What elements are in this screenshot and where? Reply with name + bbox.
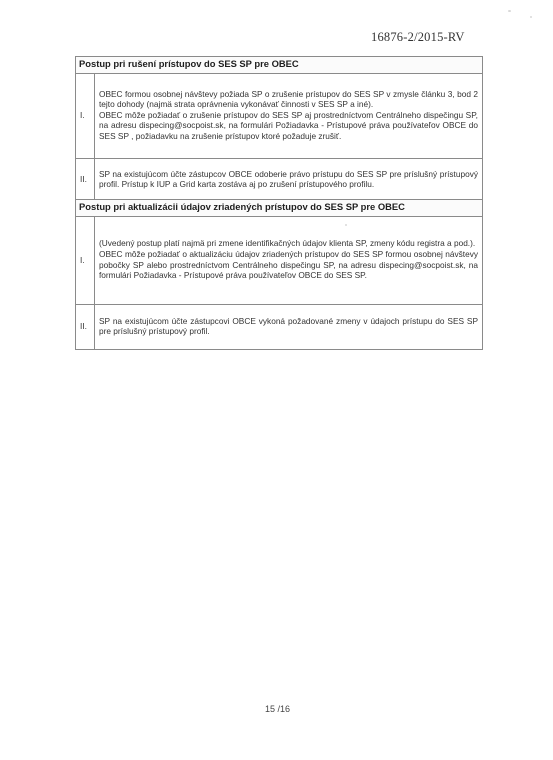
row-number: I. (76, 73, 95, 158)
paragraph: (Uvedený postup platí najmä pri zmene id… (99, 238, 478, 249)
section-title: Postup pri rušení prístupov do SES SP pr… (76, 57, 483, 74)
section-table-access-cancellation: Postup pri rušení prístupov do SES SP pr… (75, 56, 483, 202)
table-row: II. SP na existujúcom účte zástupcovi OB… (76, 304, 483, 349)
section-table-access-update: Postup pri aktualizácii údajov zriadenýc… (75, 199, 483, 350)
table-row: I. OBEC formou osobnej návštevy požiada … (76, 73, 483, 158)
section-title: Postup pri aktualizácii údajov zriadenýc… (76, 200, 483, 217)
row-number: II. (76, 158, 95, 201)
row-text: SP na existujúcom účte zástupcov OBCE od… (95, 158, 483, 201)
row-number: I. (76, 216, 95, 304)
row-number: II. (76, 304, 95, 349)
paragraph: OBEC môže požiadať o aktualizáciu údajov… (99, 249, 478, 281)
scan-speck (508, 10, 511, 12)
row-text: OBEC formou osobnej návštevy požiada SP … (95, 73, 483, 158)
document-number: 16876-2/2015-RV (371, 30, 465, 45)
paragraph: OBEC môže požiadať o zrušenie prístupov … (99, 110, 478, 142)
row-text: SP na existujúcom účte zástupcovi OBCE v… (95, 304, 483, 349)
table-row: I. (Uvedený postup platí najmä pri zmene… (76, 216, 483, 304)
scan-speck (345, 224, 347, 226)
page-number: 15 /16 (265, 704, 290, 714)
row-text: (Uvedený postup platí najmä pri zmene id… (95, 216, 483, 304)
paragraph: SP na existujúcom účte zástupcovi OBCE v… (99, 316, 478, 337)
paragraph: SP na existujúcom účte zástupcov OBCE od… (99, 169, 478, 190)
scan-speck (530, 16, 532, 18)
table-row: II. SP na existujúcom účte zástupcov OBC… (76, 158, 483, 201)
paragraph: OBEC formou osobnej návštevy požiada SP … (99, 89, 478, 110)
